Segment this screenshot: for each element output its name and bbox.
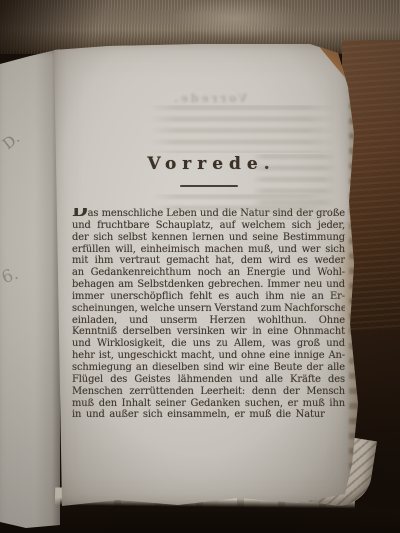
- text-line-content: as menschliche Leben und die Natur sind …: [88, 208, 345, 219]
- text-line: Das menschliche Leben und die Natur sind…: [72, 208, 345, 220]
- text-line: und fruchtbare Schauplatz, auf welchem s…: [72, 220, 345, 232]
- show-through-heading: Vorrede.: [171, 92, 247, 105]
- drop-cap: D: [72, 208, 88, 220]
- text-line: immer unerschöpflich fehlt es auch ihm n…: [72, 291, 345, 303]
- text-line: und Wirklosigkeit, die uns zu Allem, was…: [72, 338, 345, 350]
- text-line: scheinungen, welche unsern Verstand zum …: [72, 303, 345, 315]
- text-line: in und außer sich einsammeln, er muß die…: [72, 409, 345, 421]
- heading-rule: [180, 185, 238, 187]
- text-line: einladen, und unserm Herzen wohlthun. Oh…: [72, 315, 345, 327]
- text-line: behagen am Selbstdenken gebrechen. Immer…: [72, 279, 345, 291]
- text-line: an Gedankenreichthum noch an Energie und…: [72, 267, 345, 279]
- text-line: hehr ist, ungeschickt macht, und ohne ei…: [72, 350, 345, 362]
- printed-page-content: Vorrede. Vorrede. Das menschliche Leben …: [72, 42, 345, 421]
- facing-blank-page: [0, 46, 60, 528]
- text-line: erfüllen will, einheimisch machen muß, u…: [72, 244, 345, 256]
- text-line: der sich selbst kennen lernen und seine …: [72, 232, 345, 244]
- text-line: Menschen zerrüttenden Leerheit: denn der…: [72, 386, 345, 398]
- text-line: schmiegung an dieselben sind wir eine Be…: [72, 362, 345, 374]
- text-line: muß den Inhalt seiner Gedanken suchen, e…: [72, 398, 345, 410]
- text-line: mit ihm vertraut gemacht hat, dem wird e…: [72, 255, 345, 267]
- photo-of-open-book: D. 6. Vorrede. Vorrede. Das menschliche …: [0, 0, 400, 533]
- show-through-text: [150, 105, 335, 153]
- body-text: Das menschliche Leben und die Natur sind…: [72, 208, 345, 421]
- book-page: Vorrede. Vorrede. Das menschliche Leben …: [48, 42, 360, 510]
- text-line: Kenntniß derselben versinken wir in eine…: [72, 326, 345, 338]
- page-title: Vorrede.: [72, 154, 345, 174]
- text-line: Flügel des Geistes lähmenden und alle Kr…: [72, 374, 345, 386]
